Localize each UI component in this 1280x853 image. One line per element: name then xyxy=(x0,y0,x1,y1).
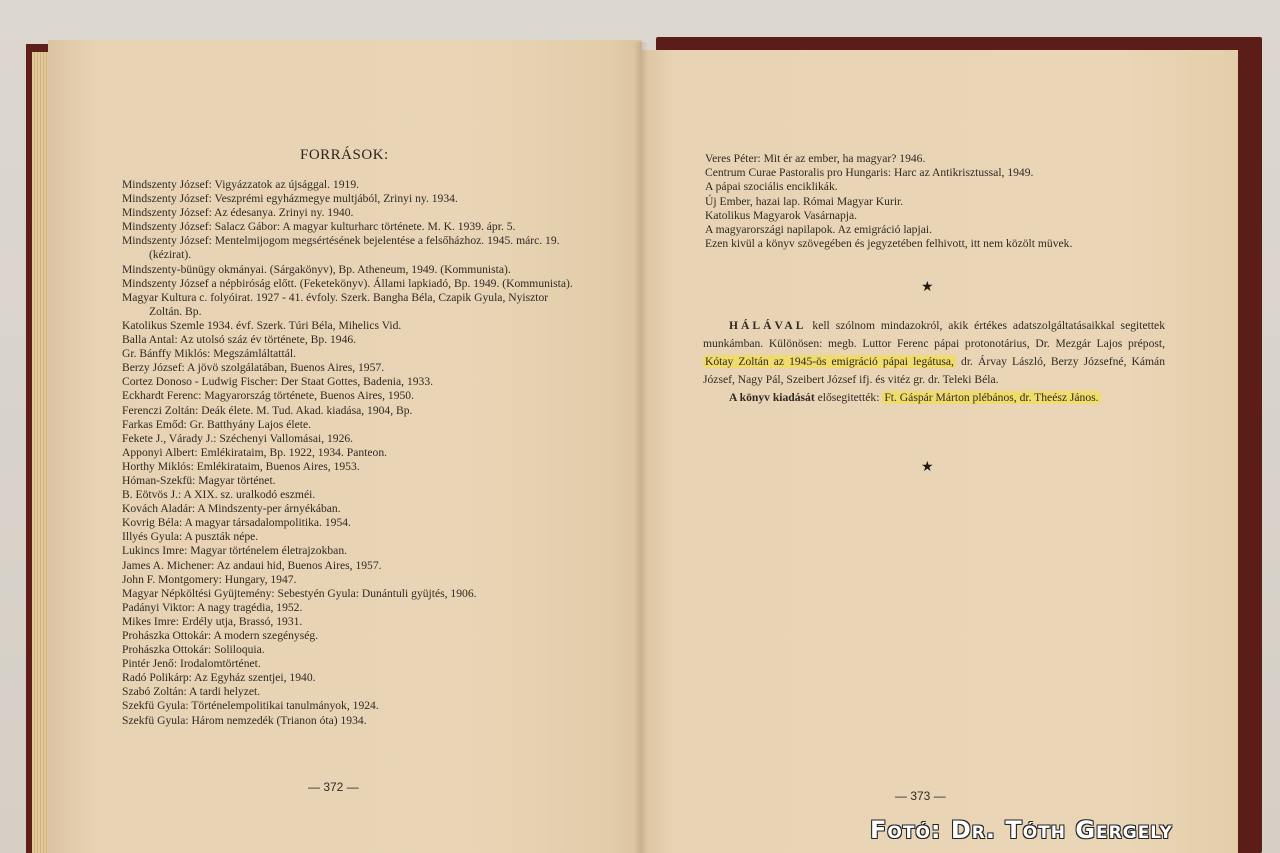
source-entry: Eckhardt Ferenc: Magyarország története,… xyxy=(122,389,577,403)
source-entry: Gr. Bánffy Miklós: Megszámláltattál. xyxy=(122,347,577,361)
source-entry: Mindszenty József: Az édesanya. Zrinyi n… xyxy=(122,206,577,220)
source-entry: Mikes Imre: Erdély utja, Brassó, 1931. xyxy=(122,615,577,629)
source-entry: Mindszenty József: Salacz Gábor: A magya… xyxy=(122,220,577,234)
source-entry: Szabó Zoltán: A tardi helyzet. xyxy=(122,685,577,699)
star-divider-icon: ★ xyxy=(921,459,934,476)
source-entry: Szekfü Gyula: Három nemzedék (Trianon ót… xyxy=(122,714,577,728)
publishing-label: A könyv kiadását xyxy=(729,391,815,404)
source-entry: Kovrig Béla: A magyar társadalompolitika… xyxy=(122,516,577,530)
acknowledgement-paragraph-2: A könyv kiadását elősegitették: Ft. Gásp… xyxy=(703,389,1165,407)
source-entry: Mindszenty József: Mentelmijogom megsért… xyxy=(122,234,577,262)
source-entry: Balla Antal: Az utolsó száz év története… xyxy=(122,333,577,347)
source-entry: Hóman-Szekfü: Magyar történet. xyxy=(122,474,577,488)
source-entry: John F. Montgomery: Hungary, 1947. xyxy=(122,573,577,587)
acknowledgement-paragraph-1: HÁLÁVAL kell szólnom mindazokról, akik é… xyxy=(703,317,1165,389)
source-entry: Radó Polikárp: Az Egyház szentjei, 1940. xyxy=(122,671,577,685)
source-entry: Veres Péter: Mit ér az ember, ha magyar?… xyxy=(705,152,1165,166)
source-entry: Centrum Curae Pastoralis pro Hungaris: H… xyxy=(705,166,1165,180)
lead-word: HÁLÁVAL xyxy=(729,319,806,332)
source-entry: Farkas Emőd: Gr. Batthyány Lajos élete. xyxy=(122,418,577,432)
source-entry: Mindszenty-bünügy okmányai. (Sárgakönyv)… xyxy=(122,263,577,277)
source-entry: Új Ember, hazai lap. Római Magyar Kurir. xyxy=(705,195,1165,209)
source-entry: A pápai szociális enciklikák. xyxy=(705,180,1165,194)
photo-credit-watermark: Fotó: Dr. Tóth Gergely xyxy=(870,816,1173,844)
source-entry: Cortez Donoso - Ludwig Fischer: Der Staa… xyxy=(122,375,577,389)
page-number-right: — 373 — xyxy=(895,789,946,803)
book-gutter xyxy=(634,42,648,853)
source-entry: Magyar Kultura c. folyóirat. 1927 - 41. … xyxy=(122,291,577,319)
highlighted-text: Ft. Gáspár Márton plébános, dr. Theész J… xyxy=(882,391,1100,404)
source-entry: Illyés Gyula: A puszták népe. xyxy=(122,530,577,544)
source-list-right: Veres Péter: Mit ér az ember, ha magyar?… xyxy=(705,152,1165,251)
source-entry: Mindszenty József: Veszprémi egyházmegye… xyxy=(122,192,577,206)
source-entry: Fekete J., Várady J.: Széchenyi Vallomás… xyxy=(122,432,577,446)
source-entry: Katolikus Szemle 1934. évf. Szerk. Túri … xyxy=(122,319,577,333)
page-heading: FORRÁSOK: xyxy=(300,147,389,164)
highlighted-text: Kótay Zoltán az 1945-ös emigráció pápai … xyxy=(703,355,956,368)
star-divider-icon: ★ xyxy=(921,279,934,296)
source-entry: Ferenczi Zoltán: Deák élete. M. Tud. Aka… xyxy=(122,404,577,418)
acknowledgements: HÁLÁVAL kell szólnom mindazokról, akik é… xyxy=(703,317,1165,407)
source-entry: Mindszenty József a népbiróság előtt. (F… xyxy=(122,277,577,291)
source-entry: Kovách Aladár: A Mindszenty-per árnyékáb… xyxy=(122,502,577,516)
source-entry: Lukincs Imre: Magyar történelem életrajz… xyxy=(122,544,577,558)
source-entry: Katolikus Magyarok Vasárnapja. xyxy=(705,209,1165,223)
source-entry: Mindszenty József: Vigyázzatok az újságg… xyxy=(122,178,577,192)
ack-text: elősegitették: xyxy=(815,391,883,404)
source-entry: Ezen kivül a könyv szövegében és jegyzet… xyxy=(705,237,1165,251)
source-entry: Szekfü Gyula: Történelempolitikai tanulm… xyxy=(122,699,577,713)
source-entry: Padányi Viktor: A nagy tragédia, 1952. xyxy=(122,601,577,615)
source-entry: Magyar Népköltési Gyüjtemény: Sebestyén … xyxy=(122,587,577,601)
source-entry: Horthy Miklós: Emlékirataim, Buenos Aire… xyxy=(122,460,577,474)
source-entry: A magyarországi napilapok. Az emigráció … xyxy=(705,223,1165,237)
source-entry: Pintér Jenő: Irodalomtörténet. xyxy=(122,657,577,671)
source-entry: Prohászka Ottokár: A modern szegénység. xyxy=(122,629,577,643)
source-entry: Apponyi Albert: Emlékirataim, Bp. 1922, … xyxy=(122,446,577,460)
page-number-left: — 372 — xyxy=(308,780,359,794)
source-list-left: Mindszenty József: Vigyázzatok az újságg… xyxy=(122,178,577,728)
source-entry: B. Eötvös J.: A XIX. sz. uralkodó eszméi… xyxy=(122,488,577,502)
source-entry: Prohászka Ottokár: Soliloquia. xyxy=(122,643,577,657)
source-entry: Berzy József: A jövö szolgálatában, Buen… xyxy=(122,361,577,375)
source-entry: James A. Michener: Az andaui hid, Buenos… xyxy=(122,559,577,573)
